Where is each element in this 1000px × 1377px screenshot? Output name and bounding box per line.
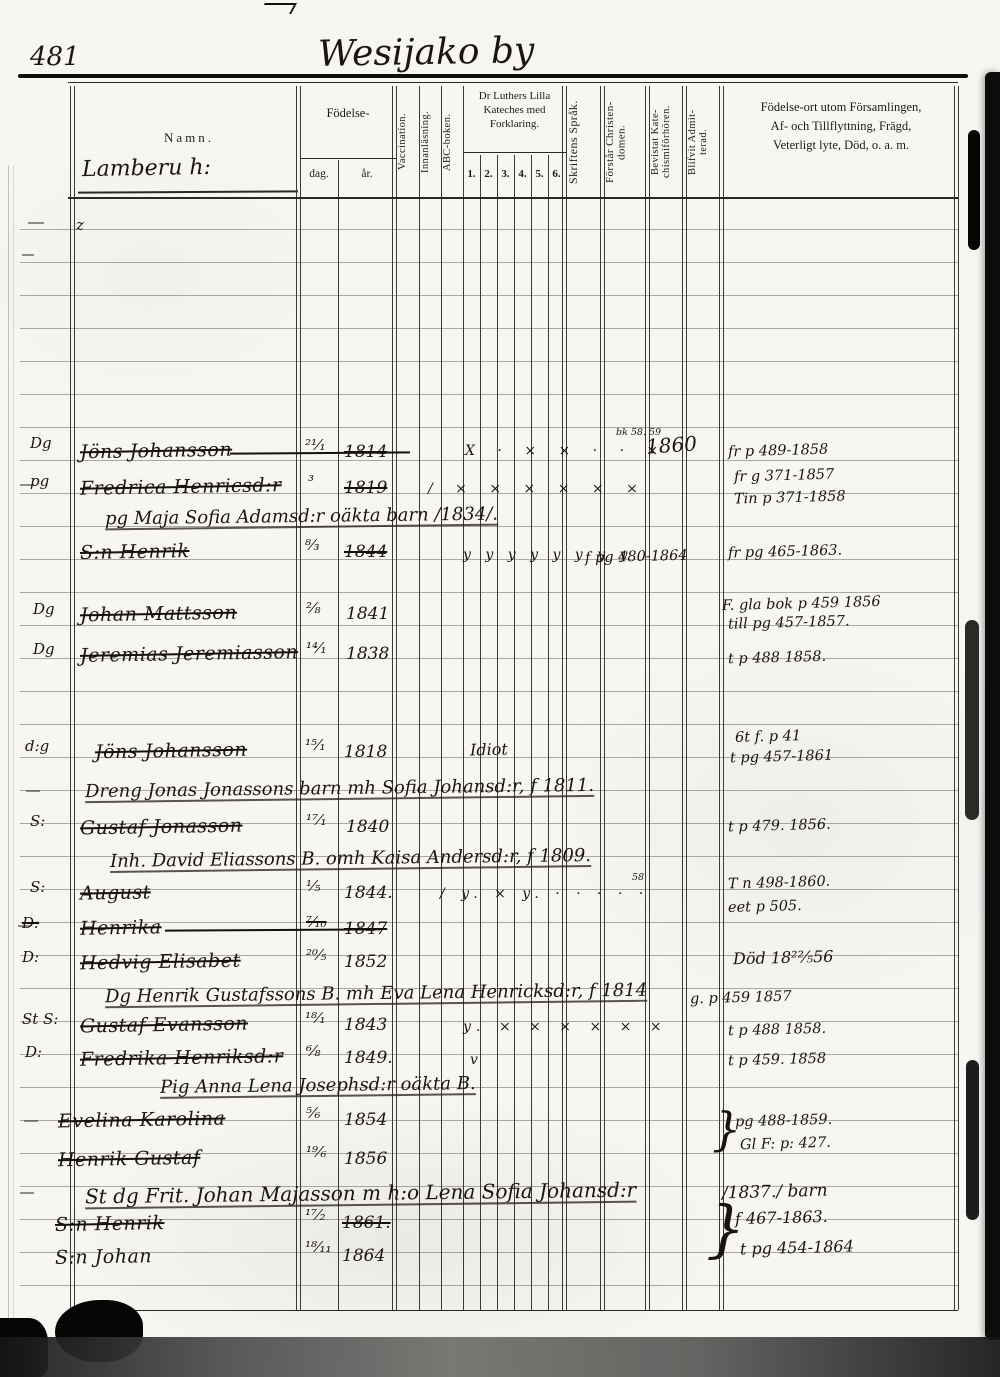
entry-note: fr pg 465-1863. [728, 543, 843, 562]
entry-birth-year: 1841 [346, 604, 389, 624]
table-vline [649, 86, 650, 1310]
entry-name: Gustaf Evansson [80, 1013, 248, 1038]
entry-birth-year: 1864 [342, 1246, 385, 1266]
page-number: 481 [30, 42, 80, 72]
col-header-ar: år. [338, 168, 396, 180]
entry-note: T n 498-1860. [728, 874, 831, 893]
col-header-fodelse: Födelse- [300, 106, 396, 121]
entry-note: t pg 454-1864 [740, 1237, 854, 1259]
entry-name: S:n Henrik [80, 540, 190, 564]
margin-dash [24, 1120, 38, 1122]
entry-margin-abbrev: D: [22, 914, 39, 932]
entry-birth-day: ⁸⁄₃ [305, 536, 320, 554]
entry-note: 6t f. p 41 [735, 728, 801, 746]
entry-birth-day: ²¹⁄₁ [305, 436, 326, 454]
entry-note: fr p 489-1858 [728, 442, 829, 461]
table-vline [392, 86, 393, 1310]
entry-admitted-year: 1860 [645, 431, 697, 458]
entry-name: Fredrika Henriksd:r [80, 1045, 284, 1071]
entry-birth-year: 1849. [344, 1048, 393, 1068]
scan-blob [968, 130, 980, 250]
entry-note-mid: f pg 480-1864 [585, 548, 688, 567]
entry-birth-year: 1844 [344, 542, 387, 562]
entry-note: Tin p 371-1858 [734, 489, 846, 508]
margin-dash [28, 222, 44, 224]
household-underline [78, 190, 298, 193]
entry-birth-day: ³ [308, 472, 314, 490]
table-vline [514, 155, 515, 1310]
table-vline [531, 155, 532, 1310]
col-header-innanlasning: Innanläsning. [420, 88, 440, 196]
fodelse-divider [300, 158, 396, 159]
table-vline [497, 155, 498, 1310]
entry-note: eet p 505. [728, 898, 802, 916]
household-name: Lamberu h: [82, 155, 211, 182]
entry-birth-day: ⁷⁄₁₀ [306, 913, 327, 931]
table-bottom-rule [68, 1310, 958, 1311]
entry-name: August [80, 881, 151, 904]
table-vline [463, 86, 464, 1310]
entry-birth-day: ¹⁴⁄₁ [306, 639, 327, 657]
entry-margin-abbrev: St S: [22, 1010, 58, 1028]
entry-birth-day: ¹⁷⁄₂ [305, 1206, 326, 1224]
entry-name: S:n Johan [55, 1245, 152, 1269]
scan-mark-top [259, 3, 297, 14]
table-vline [600, 86, 601, 1310]
col-header-bevistat-katechismiforhoren: Bevistat Kate- chismiförhören. [650, 88, 684, 196]
entry-birth-year: 1856 [344, 1149, 387, 1169]
entry-birth-day: ⁶⁄₈ [306, 1042, 321, 1060]
entry-name: Jöns Johansson [80, 439, 232, 464]
entry-exam-marks: y. × × × × × × [463, 1019, 669, 1035]
entry-margin-abbrev: D: [22, 948, 39, 966]
table-vline [604, 86, 605, 1310]
family-note-line: Pig Anna Lena Josephsd:r oäkta B. [160, 1073, 476, 1098]
entry-note: pg 488-1859. [735, 1112, 833, 1131]
table-vline [645, 86, 646, 1310]
entry-birth-year: 1852 [344, 952, 387, 972]
entry-birth-year: 1844. [344, 883, 393, 903]
entry-exam-marks: / y. × y. · · · · · [440, 886, 649, 902]
entry-margin-abbrev: Dg [33, 600, 55, 618]
table-vline [548, 155, 549, 1310]
entry-birth-year: 1843 [344, 1015, 387, 1035]
entry-exam-marks: X · × × · · × [465, 443, 667, 459]
margin-dash [26, 790, 40, 792]
entry-note: t pg 457-1861 [730, 748, 833, 767]
scan-blob [966, 1060, 979, 1220]
entry-note: Gl F: p: 427. [740, 1135, 831, 1153]
entry-margin-abbrev: Dg [30, 434, 52, 452]
table-vline [480, 155, 481, 1310]
page-title: Wesijako by [318, 30, 535, 75]
entry-birth-year: 1840 [346, 817, 389, 837]
table-vline [566, 86, 567, 1310]
entry-birth-day: ¹⁵⁄₁ [305, 736, 326, 754]
entry-name: Gustaf Jonasson [80, 815, 243, 840]
entry-exam-marks: v [470, 1052, 487, 1068]
family-note-small: 58 [632, 872, 644, 883]
entry-name: Hedvig Elisabet [80, 950, 241, 975]
col-header-fodelseort: Födelse-ort utom Församlingen, Af- och T… [726, 98, 956, 154]
col-header-kateches-4: 4. [514, 168, 531, 180]
kateches-divider [463, 152, 566, 153]
entry-exam-marks: / × × × × × × [428, 481, 647, 497]
table-vline [419, 86, 420, 1310]
table-vline [682, 86, 683, 1310]
col-header-abc-boken: ABC-boken. [442, 88, 462, 196]
entry-birth-day: ²⁄₈ [306, 599, 321, 617]
col-header-kateches-2: 2. [480, 168, 497, 180]
col-header-forstar-christendomen: Förstår Christen- domen. [605, 88, 647, 196]
table-vline [562, 86, 563, 1310]
entry-birth-year: 1854 [344, 1110, 387, 1130]
scan-edge-right [985, 72, 1000, 1340]
table-vline [686, 86, 687, 1310]
entry-note: f 467-1863. [735, 1207, 828, 1228]
entry-birth-year: 1838 [346, 644, 389, 664]
page-fold-line [8, 165, 9, 1350]
scanned-document-page: 481 Wesijako by Namn. Födelse- dag. år. … [0, 0, 1000, 1377]
header-top-rule [68, 82, 958, 83]
margin-dash [22, 254, 34, 256]
table-vline [296, 86, 297, 1310]
page-fold-line [13, 165, 14, 1350]
entry-note: t p 479. 1856. [728, 817, 831, 836]
entry-birth-day: ¹⁹⁄₆ [306, 1143, 327, 1161]
table-vline [396, 86, 397, 1310]
entry-birth-day: ¹⁸⁄₁ [305, 1009, 326, 1027]
entry-name: Jeremias Jeremiasson [80, 641, 299, 667]
entry-birth-day: ¹⁸⁄₁₁ [305, 1238, 332, 1256]
entry-birth-day: ¹⁷⁄₁ [306, 811, 327, 829]
entry-name: Henrika [80, 916, 162, 939]
col-header-vaccination: Vaccination. [397, 88, 418, 196]
title-rule [18, 74, 968, 78]
entry-margin-abbrev: Dg [33, 640, 55, 658]
entry-name: Henrik Gustaf [58, 1147, 201, 1171]
entry-name: S:n Henrik [55, 1212, 165, 1236]
scan-blob [965, 620, 979, 820]
entry-birth-year: 1818 [344, 742, 387, 762]
entry-margin-abbrev: pg [30, 472, 49, 490]
col-header-skriftens-sprak: Skriftens Språk. [567, 88, 603, 196]
margin-dash [20, 1192, 34, 1194]
entry-birth-day: ⁵⁄₆ [306, 1104, 321, 1122]
col-header-kateches-1: 1. [463, 168, 480, 180]
entry-name: Evelina Karolina [58, 1108, 226, 1133]
entry-margin-abbrev: d:g [25, 737, 49, 755]
entry-note: till pg 457-1857. [728, 613, 850, 632]
entry-margin-abbrev: S: [30, 812, 45, 830]
entry-margin-abbrev: S: [30, 878, 45, 896]
entry-kateches-note: Idiot [470, 740, 508, 760]
entry-birth-year: 1847 [344, 919, 387, 939]
entry-birth-year: 1814 [344, 442, 387, 462]
header-bottom-rule [68, 197, 958, 199]
table-vline [338, 160, 339, 1310]
entry-note: t p 488 1858. [728, 649, 827, 668]
entry-birth-year: 1819 [344, 478, 387, 498]
entry-name: Jöns Johansson [95, 739, 247, 764]
entry-name: Fredrica Henricsd:r [80, 474, 282, 500]
col-header-blifvit-admitterad: Blifvit Admit- terad. [687, 88, 721, 196]
entry-note: Död 18²²⁄₅56 [733, 947, 834, 969]
table-vline [958, 86, 959, 1310]
entry-birth-year: 1861. [342, 1213, 391, 1233]
col-header-kateches-3: 3. [497, 168, 514, 180]
entry-birth-day: ²⁰⁄₅ [306, 946, 327, 964]
entry-margin-abbrev: D: [25, 1043, 42, 1061]
entry-note: fr g 371-1857 [734, 467, 835, 486]
entry-name: Johan Mattsson [80, 602, 238, 627]
entry-birth-day: ¹⁄₅ [306, 877, 321, 895]
col-header-dag: dag. [300, 168, 338, 180]
table-vline [300, 86, 301, 1310]
col-header-kateches-5: 5. [531, 168, 548, 180]
col-header-namn: Namn. [78, 130, 300, 146]
entry-note: t p 488 1858. [728, 1021, 827, 1040]
entry-note: t p 459. 1858 [728, 1051, 827, 1070]
scan-edge-bottom [0, 1337, 1000, 1377]
table-vline [954, 86, 955, 1310]
table-vline [441, 86, 442, 1310]
col-header-kateches: Dr Luthers Lilla Kateches med Forklaring… [463, 90, 566, 131]
family-note-tail: g. p 459 1857 [690, 989, 792, 1008]
